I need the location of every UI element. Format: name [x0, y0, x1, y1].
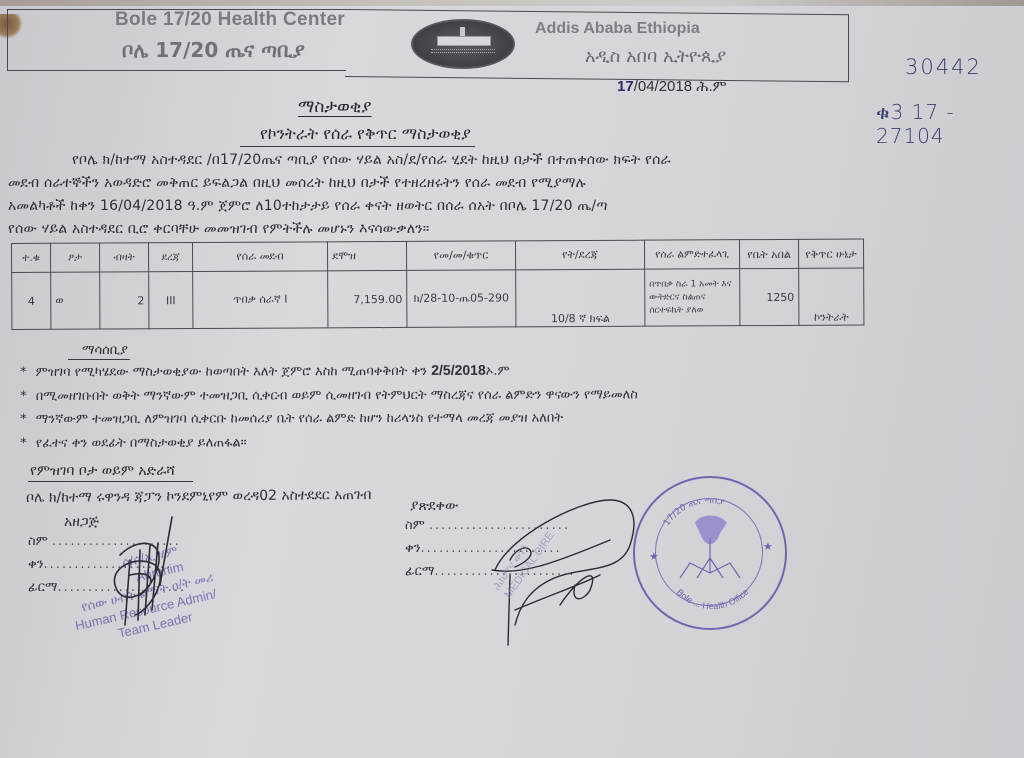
announcement-subtitle: የኮንትራት የሰራ የቅጥር ማስታወቂያ — [240, 124, 475, 147]
photo-edge-shadow — [0, 0, 1024, 6]
body-line: አመልካቶች ከቀን 16/04/2018 ዓ.ም ጀምሮ ለ10ተከታታይ የ… — [8, 195, 828, 218]
handwritten-reference-code: ቁ3 17 - 27104 — [876, 100, 1024, 148]
col-header-job-code: የመ/መ/ቁጥር — [406, 241, 515, 271]
cell-number: 4 — [12, 272, 51, 329]
col-header-gender: ፆታ — [51, 243, 100, 272]
announcement-body: የቦሌ ክ/ከተማ አስተዳደር /በ17/20ጤና ጣቢያ የሰው ሃይል አ… — [8, 149, 828, 241]
registration-place-title: የምዝገባ ቦታ ወይም አድራሻ — [28, 463, 193, 482]
signature-label: ፊርማ — [405, 564, 434, 579]
location-english: Addis Ababa Ethiopia — [535, 20, 700, 38]
cell-grade: III — [149, 272, 193, 329]
note-deadline-date: 2/5/2018 — [431, 362, 486, 378]
body-line: የሰው ሃይል አስተዳደር ቢሮ ቀርባቸሁ መመዝገብ የምትችሉ መሆኑን… — [8, 218, 828, 241]
stamp-emblem-icon: 17/20 ጤና ጣቢያ Bole ... Health Office ★ ★ — [635, 478, 785, 628]
date-label: ቀን — [28, 557, 44, 572]
approved-by-heading: ያጽደቀው — [405, 498, 575, 514]
note-text: ምዝገባ የሚካሄደው ማስታወቂያው ከወጣበት እለት ጀምሮ እስከ ሚጠ… — [36, 364, 432, 380]
vacancy-table: ተ.ቁ ፆታ ብዛት ደረጃ የሰራ መደብ ደሞዝ የመ/መ/ቁጥር የት/ደ… — [11, 239, 864, 330]
svg-text:★: ★ — [649, 550, 659, 563]
note-item: በሚመዘገቡበት ወቅት ማንኛውም ተመዝጋቢ ሲቀርብ ወይም ሲመዘገብ … — [20, 383, 638, 408]
note-text: በሚመዘገቡበት ወቅት ማንኛውም ተመዝጋቢ ሲቀርብ ወይም ሲመዘገብ … — [36, 387, 638, 404]
col-header-quantity: ብዛት — [100, 243, 149, 272]
logo-building-shape — [437, 36, 491, 46]
col-header-housing-allowance: የቤት አበል — [739, 239, 798, 268]
health-center-logo-icon — [411, 19, 515, 69]
col-header-grade: ደረጃ — [149, 243, 193, 272]
location-amharic: አዲስ አበባ ኢትዮጲያ — [585, 46, 726, 67]
cell-position: ጥበቃ ሰራኛ I — [193, 271, 328, 329]
cell-housing-allowance: 1250 — [740, 268, 799, 325]
note-item: ምዝገባ የሚካሄደው ማስታወቂያው ከወጣበት እለት ጀምሮ እስከ ሚጠ… — [20, 358, 638, 384]
col-header-education: የት/ደረጃ — [515, 240, 644, 270]
notes-title: ማሳሰቢያ — [68, 343, 130, 360]
name-label: ስም — [405, 518, 425, 533]
document-date: 17/04/2018 ሕ.ም — [617, 78, 727, 95]
name-label: ስም — [28, 534, 48, 549]
cell-education: 10/8 ኛ ክፍል — [516, 269, 645, 327]
signature-label: ፊርማ — [28, 580, 57, 595]
col-header-experience: የሰራ ልምድተፈላጊ — [644, 240, 739, 269]
cell-salary: 7,159.00 — [328, 270, 407, 327]
body-line: የቦሌ ክ/ከተማ አስተዳደር /በ17/20ጤና ጣቢያ የሰው ሃይል አ… — [8, 149, 828, 172]
note-text: የፈተና ቀን ወደፊት በማስታወቂያ ይለጠፋል። — [36, 435, 247, 451]
note-item: ማንኛውም ተመዝጋቢ ለምዝገባ ሲቀርቡ ከመሰሪያ ቤት የሰራ ልምድ … — [20, 406, 638, 431]
date-label: ቀን — [405, 541, 421, 556]
org-name-english: Bole 17/20 Health Center — [115, 9, 345, 31]
col-header-number: ተ.ቁ — [12, 243, 51, 272]
note-date-suffix: ኦ.ም — [486, 364, 510, 379]
date-rest: /04/2018 ሕ.ም — [634, 78, 727, 95]
handwritten-reference-number: 30442 — [905, 55, 982, 79]
cell-quantity: 2 — [100, 272, 149, 329]
registration-address: ቦሌ ክ/ከተማ ሩዋንዳ ጃፓን ኮንደምኒየም ወረዳ02 አስተደደር አ… — [26, 487, 372, 506]
svg-text:★: ★ — [763, 540, 773, 553]
table-row: 4 ወ 2 III ጥበቃ ሰራኛ I 7,159.00 ክ/28-10-ጤ05… — [12, 268, 864, 329]
table-header-row: ተ.ቁ ፆታ ብዛት ደረጃ የሰራ መደብ ደሞዝ የመ/መ/ቁጥር የት/ደ… — [12, 239, 864, 272]
col-header-salary: ደሞዝ — [327, 241, 406, 270]
document-photo: Bole 17/20 Health Center ቦሌ 17/20 ጤና ጣቢያ… — [0, 0, 1024, 758]
note-text: ማንኛውም ተመዝጋቢ ለምዝገባ ሲቀርቡ ከመሰሪያ ቤት የሰራ ልምድ … — [36, 411, 563, 427]
official-round-stamp: 17/20 ጤና ጣቢያ Bole ... Health Office ★ ★ — [633, 476, 787, 630]
svg-text:Bole ... Health Office: Bole ... Health Office — [675, 587, 751, 611]
body-line: መደብ ሰራተኞችን አወዳድሮ መቅጠር ይፍልጋል በዚህ መሰረት ከዚህ… — [8, 172, 828, 195]
col-header-position: የሰራ መደብ — [193, 242, 328, 272]
cell-job-code: ክ/28-10-ጤ05-290 — [407, 270, 516, 328]
col-header-employment-type: የቅጥር ሁኔታ — [798, 239, 863, 268]
org-name-amharic: ቦሌ 17/20 ጤና ጣቢያ — [122, 38, 305, 62]
cell-experience: በጥበቃ ስራ 1 አመት እና ውትድርና ስልጠና ሰርተፍኬት ያለወ — [645, 269, 740, 326]
cell-employment-type: ኮንትራት — [799, 268, 864, 325]
notes-list: ምዝገባ የሚካሄደው ማስታወቂያው ከወጣበት እለት ጀምሮ እስከ ሚጠ… — [20, 358, 638, 455]
cell-gender: ወ — [51, 272, 100, 329]
logo-caption-lines — [431, 49, 495, 53]
prepared-by-heading: አዘጋጅ — [28, 514, 186, 530]
date-day-handwritten: 17 — [617, 78, 634, 95]
note-item: የፈተና ቀን ወደፊት በማስታወቂያ ይለጠፋል። — [20, 430, 638, 455]
announcement-title: ማስታወቂያ — [298, 97, 372, 117]
